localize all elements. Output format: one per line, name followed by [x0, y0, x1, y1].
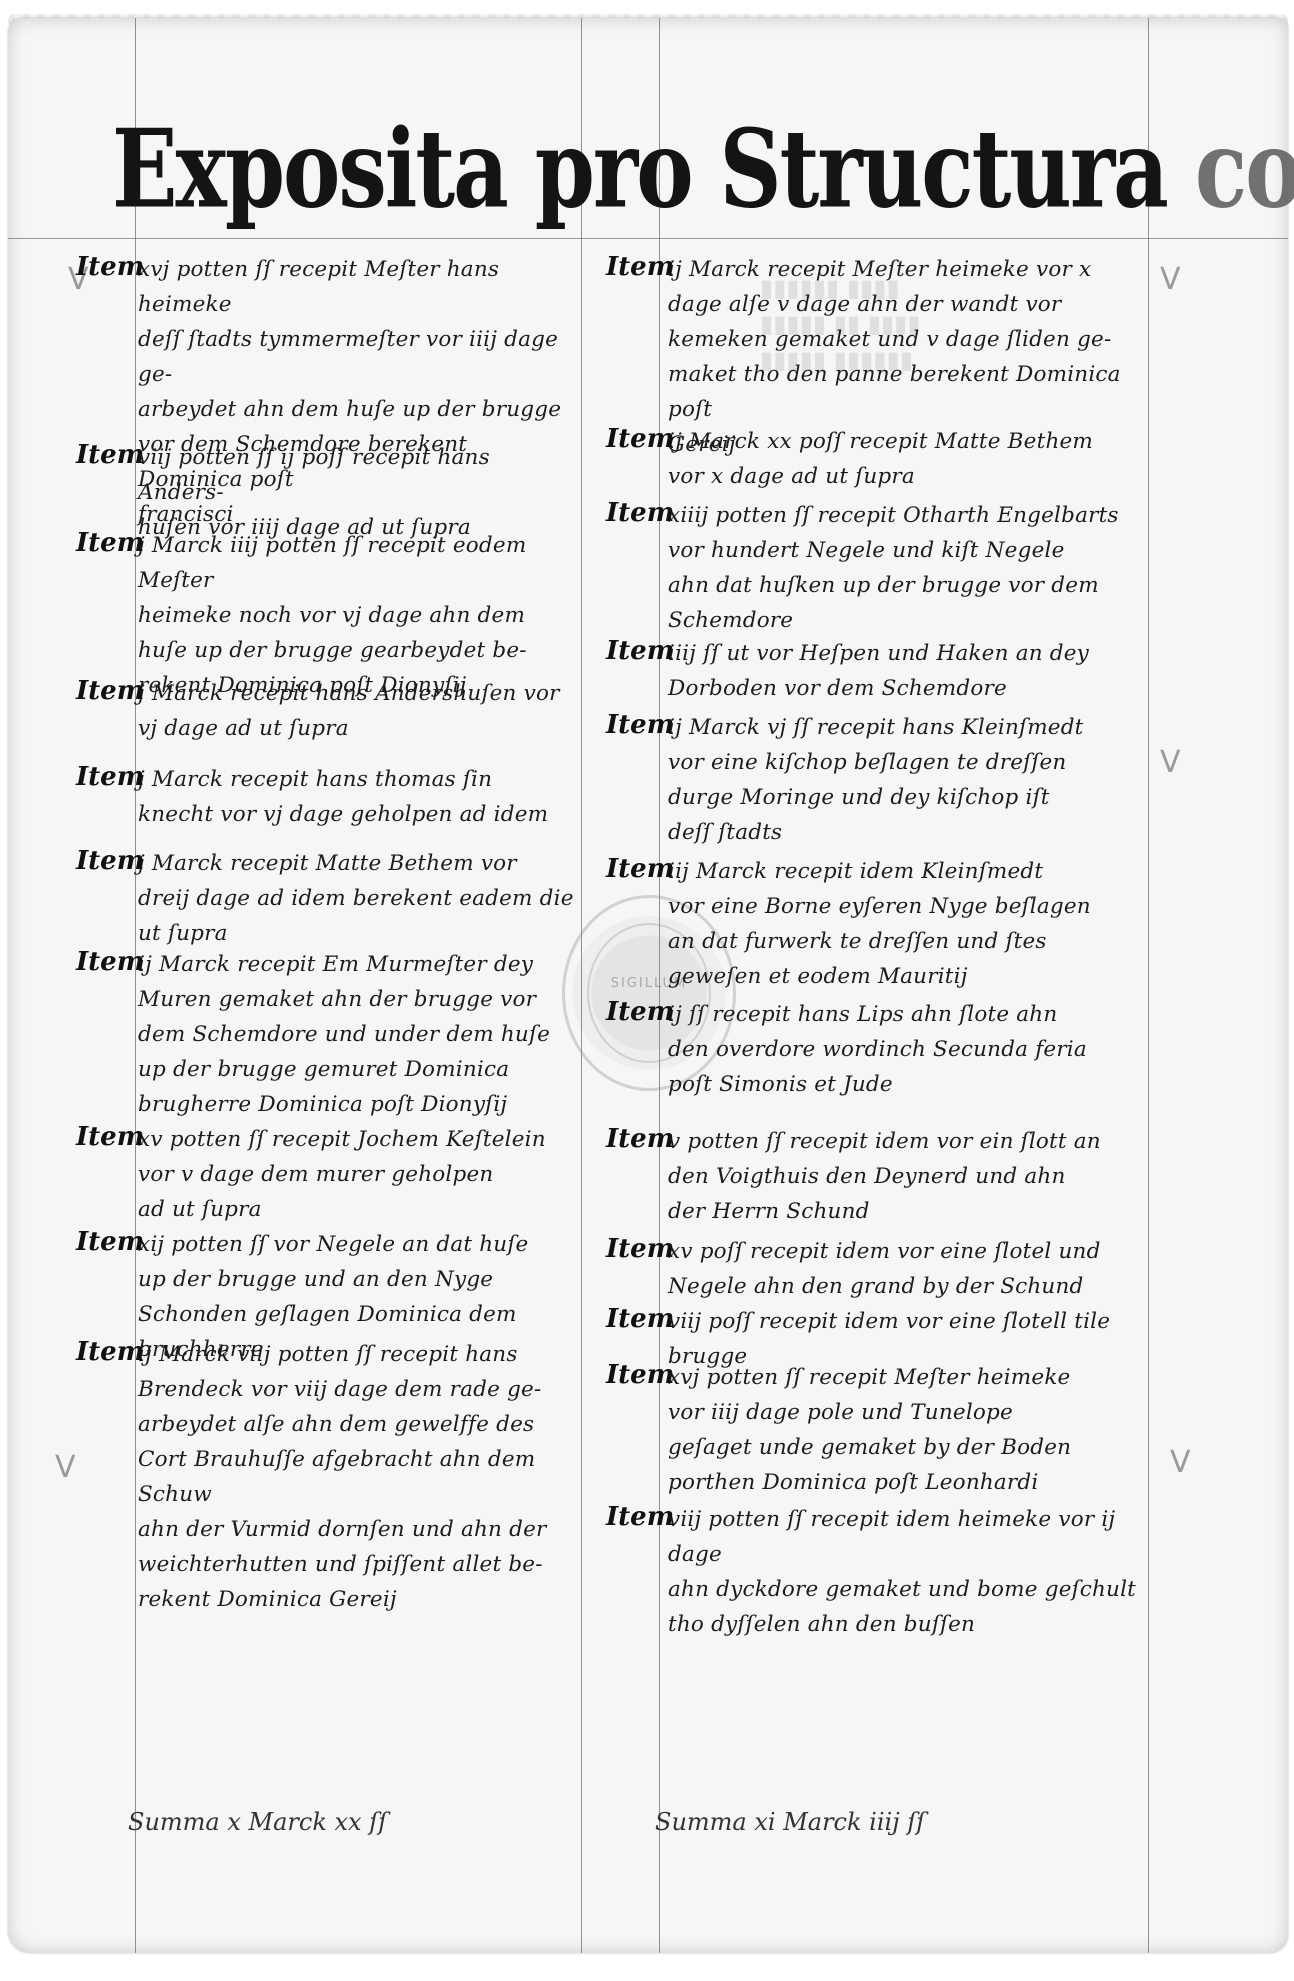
- item-mark: Item: [606, 636, 674, 666]
- ledger-entry: Item v potten ſſ recepit idem vor ein ſl…: [668, 1124, 1101, 1229]
- ledger-entry: Item viij potten ſſ recepit idem heimeke…: [668, 1502, 1148, 1642]
- item-mark: Item: [606, 1124, 674, 1154]
- ledger-entry: Item j Marck recepit hans Andershuſen vo…: [138, 676, 560, 746]
- ledger-entry: Item j Marck recepit hans thomas ſin kne…: [138, 762, 548, 832]
- item-mark: Item: [76, 440, 144, 470]
- entry-text: v potten ſſ recepit idem vor ein ſlott a…: [668, 1124, 1101, 1229]
- pencil-check-icon: V: [1170, 1445, 1191, 1480]
- item-mark: Item: [606, 1360, 674, 1390]
- pencil-check-icon: V: [1160, 262, 1181, 297]
- title-main: Exposita pro Structura: [112, 107, 1167, 233]
- item-mark: Item: [606, 424, 674, 454]
- ledger-entry: Item xv potten ſſ recepit Jochem Keſtele…: [138, 1122, 546, 1227]
- item-mark: Item: [76, 676, 144, 706]
- item-mark: Item: [76, 762, 144, 792]
- item-mark: Item: [76, 528, 144, 558]
- entry-text: xv poſſ recepit idem vor eine ſlotel und…: [668, 1234, 1101, 1304]
- item-mark: Item: [76, 252, 144, 282]
- title-faded: co: [1195, 107, 1294, 233]
- item-mark: Item: [76, 1227, 144, 1257]
- ledger-entry: Item ij Marck recepit Em Murmeſter dey M…: [138, 947, 550, 1122]
- ledger-entry: Item xv poſſ recepit idem vor eine ſlote…: [668, 1234, 1101, 1304]
- right-column-sum: Summa xi Marck iiij ſſ: [655, 1808, 925, 1836]
- ledger-entry: Item ij ſſ recepit hans Lips ahn ſlote a…: [668, 997, 1087, 1102]
- item-mark: Item: [606, 1304, 674, 1334]
- entry-text: iij Marck recepit idem Kleinſmedt vor ei…: [668, 854, 1091, 994]
- entry-text: ij ſſ recepit hans Lips ahn ſlote ahn de…: [668, 997, 1087, 1102]
- page-title: Exposita pro Structura conj: [112, 117, 1294, 225]
- left-margin-rule: [135, 18, 136, 1953]
- entry-text: j Marck recepit Matte Bethem vor dreij d…: [138, 846, 578, 951]
- entry-text: iiij ſſ ut vor Heſpen und Haken an dey D…: [668, 636, 1089, 706]
- entry-text: viij potten ſſ recepit idem heimeke vor …: [668, 1502, 1148, 1642]
- right-margin-rule: [1148, 18, 1149, 1953]
- ledger-entry: Item xiiij potten ſſ recepit Otharth Eng…: [668, 498, 1119, 638]
- entry-text: xiiij potten ſſ recepit Otharth Engelbar…: [668, 498, 1119, 638]
- ledger-entry: Item ij Marck xx poſſ recepit Matte Beth…: [668, 424, 1093, 494]
- entry-text: xv potten ſſ recepit Jochem Keſtelein vo…: [138, 1122, 546, 1227]
- entry-text: ij Marck vj ſſ recepit hans Kleinſmedt v…: [668, 710, 1084, 850]
- ledger-entry: Item xvj potten ſſ recepit Meſter heimek…: [668, 1360, 1071, 1500]
- item-mark: Item: [76, 846, 144, 876]
- ledger-entry: Item ij Marck vj ſſ recepit hans Kleinſm…: [668, 710, 1084, 850]
- item-mark: Item: [606, 1234, 674, 1264]
- ledger-entry: Item j Marck recepit Matte Bethem vor dr…: [138, 846, 578, 951]
- ledger-entry: Item iij Marck recepit idem Kleinſmedt v…: [668, 854, 1091, 994]
- entry-text: ij Marck viij potten ſſ recepit hans Bre…: [138, 1337, 578, 1617]
- item-mark: Item: [606, 1502, 674, 1532]
- item-mark: Item: [606, 854, 674, 884]
- pencil-check-icon: V: [1160, 745, 1181, 780]
- heading-rule: [8, 238, 1288, 239]
- entry-text: ij Marck recepit Em Murmeſter dey Muren …: [138, 947, 550, 1122]
- item-mark: Item: [606, 997, 674, 1027]
- left-column-sum: Summa x Marck xx ſſ: [128, 1808, 387, 1836]
- ledger-entry: Item ij Marck viij potten ſſ recepit han…: [138, 1337, 578, 1617]
- item-mark: Item: [606, 252, 674, 282]
- item-mark: Item: [76, 1122, 144, 1152]
- entry-text: j Marck recepit hans thomas ſin knecht v…: [138, 762, 548, 832]
- entry-text: j Marck recepit hans Andershuſen vor vj …: [138, 676, 560, 746]
- item-mark: Item: [606, 498, 674, 528]
- ledger-entry: Item iiij ſſ ut vor Heſpen und Haken an …: [668, 636, 1089, 706]
- entry-text: ij Marck xx poſſ recepit Matte Bethem vo…: [668, 424, 1093, 494]
- item-mark: Item: [76, 947, 144, 977]
- item-mark: Item: [606, 710, 674, 740]
- item-mark: Item: [76, 1337, 144, 1367]
- pencil-check-icon: V: [55, 1450, 76, 1485]
- entry-text: xvj potten ſſ recepit Meſter heimeke vor…: [668, 1360, 1071, 1500]
